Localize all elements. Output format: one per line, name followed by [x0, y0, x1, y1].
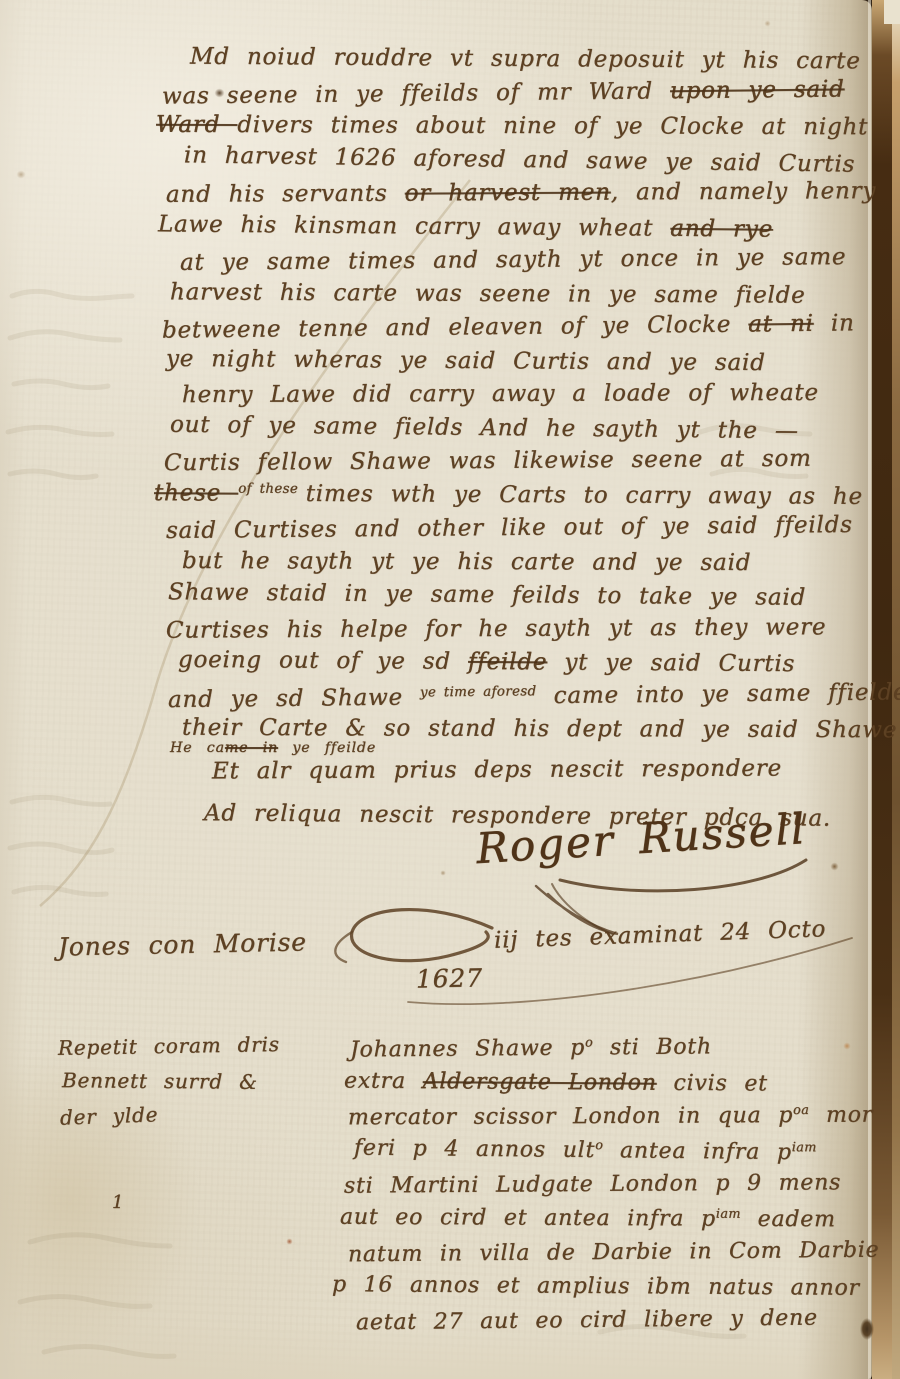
- manuscript-line: Shawe staid in ye same feilds to take ye…: [168, 579, 806, 611]
- struck-text: me in: [225, 740, 278, 756]
- text-segment: harvest his carte was seene in ye same f…: [170, 279, 806, 308]
- text-segment: Bennett surrd &: [62, 1068, 258, 1094]
- text-segment: yt ye said Curtis: [547, 649, 795, 677]
- text-segment: mercator scissor London in qua p: [348, 1103, 793, 1130]
- text-segment: ye ffeilde: [278, 740, 376, 756]
- text-segment: henry Lawe did carry away a loade of whe…: [182, 380, 819, 408]
- struck-text: Ward: [156, 112, 237, 138]
- text-segment: sti Both: [593, 1034, 712, 1060]
- text-segment: natum in villa de Darbie in Com Darbie: [348, 1238, 880, 1268]
- manuscript-line: goeing out of ye sd ffeilde yt ye said C…: [178, 647, 795, 677]
- text-segment: mor: [809, 1103, 873, 1128]
- case-title: Jones con Morise: [58, 927, 307, 961]
- manuscript-line: these of these times wth ye Carts to car…: [154, 480, 863, 510]
- corner-notch: [884, 0, 900, 24]
- manuscript-line: Et alr quam prius deps nescit respondere: [212, 756, 782, 785]
- year-label: 1627: [416, 963, 483, 993]
- text-segment: , and namely henry: [611, 178, 877, 205]
- struck-text: ffeilde: [468, 649, 547, 676]
- text-segment: Shawe staid in ye same feilds to take ye…: [168, 579, 806, 611]
- text-segment: and his servants: [166, 181, 405, 208]
- text-segment: sti Martini Ludgate London p 9 mens: [344, 1170, 841, 1198]
- manuscript-line: Johannes Shawe po sti Both: [350, 1034, 712, 1062]
- text-segment: antea infra p: [603, 1138, 792, 1165]
- interlinear-insertion: oa: [793, 1103, 809, 1118]
- text-segment: Curtis fellow Shawe was likewise seene a…: [164, 446, 812, 477]
- manuscript-line: Repetit coram dris: [58, 1032, 280, 1060]
- manuscript-line: Ward divers times about nine of ye Clock…: [156, 112, 868, 140]
- manuscript-line: He came in ye ffeilde: [170, 740, 376, 756]
- manuscript-line: Lawe his kinsman carry away wheat and ry…: [158, 211, 773, 242]
- manuscript-line: Curtis fellow Shawe was likewise seene a…: [164, 446, 812, 477]
- text-segment: was seene in ye ffeilds of mr Ward: [162, 78, 670, 109]
- text-segment: Et alr quam prius deps nescit respondere: [212, 756, 782, 785]
- text-segment: divers times about nine of ye Clocke at …: [237, 112, 868, 140]
- manuscript-line: extra Aldersgate London civis et: [344, 1069, 768, 1097]
- manuscript-line: aetat 27 aut eo cird libere y dene: [356, 1306, 818, 1336]
- manuscript-line: der ylde: [60, 1102, 159, 1129]
- interlinear-insertion: o: [595, 1138, 603, 1153]
- struck-text: and rye: [670, 215, 773, 242]
- text-segment: came into ye same ffielde in: [536, 678, 900, 708]
- manuscript-line: mercator scissor London in qua poa mor: [348, 1103, 873, 1131]
- text-segment: der ylde: [60, 1102, 159, 1129]
- text-segment: feri p 4 annos ult: [354, 1136, 595, 1164]
- manuscript-line: aut eo cird et antea infra piam eadem: [340, 1205, 836, 1233]
- manuscript-line: henry Lawe did carry away a loade of whe…: [182, 380, 819, 408]
- text-segment: aut eo cird et antea infra p: [340, 1205, 716, 1232]
- text-segment: eadem: [741, 1207, 836, 1232]
- text-segment: extra: [344, 1069, 423, 1095]
- text-segment: Johannes Shawe p: [350, 1036, 585, 1063]
- manuscript-line: Curtises his helpe for he sayth yt as th…: [166, 614, 827, 643]
- text-segment: in: [814, 310, 855, 336]
- manuscript-line: feri p 4 annos ulto antea infra piam: [354, 1136, 817, 1166]
- text-segment: He ca: [170, 740, 225, 756]
- interlinear-insertion: o: [585, 1036, 593, 1051]
- manuscript-line: but he sayth yt ye his carte and ye said: [182, 548, 751, 576]
- text-segment: but he sayth yt ye his carte and ye said: [182, 548, 751, 576]
- struck-text: at ni: [748, 311, 814, 338]
- text-segment: times wth ye Carts to carry away as he: [306, 480, 863, 509]
- manuscript-line: harvest his carte was seene in ye same f…: [170, 279, 806, 308]
- manuscript-line: natum in villa de Darbie in Com Darbie: [348, 1238, 880, 1268]
- interlinear-insertion: ye time aforesd: [420, 683, 537, 699]
- manuscript-line: ye night wheras ye said Curtis and ye sa…: [166, 345, 766, 375]
- struck-text: or harvest men: [405, 180, 611, 207]
- text-segment: Repetit coram dris: [58, 1032, 280, 1060]
- interlinear-insertion: iam: [716, 1207, 741, 1222]
- text-segment: goeing out of ye sd: [178, 647, 468, 675]
- manuscript-line: Bennett surrd &: [62, 1068, 258, 1094]
- manuscript-line: and his servants or harvest men, and nam…: [166, 178, 876, 208]
- struck-text: upon ye said: [670, 76, 845, 104]
- text-segment: ye night wheras ye said Curtis and ye sa…: [166, 345, 766, 375]
- text-segment: and ye sd Shawe: [168, 684, 420, 713]
- struck-text: these: [154, 480, 238, 506]
- text-segment: civis et: [657, 1071, 768, 1097]
- interlinear-insertion: of these: [238, 481, 306, 496]
- manuscript-page: Md noiud rouddre vt supra deposuit yt hi…: [0, 0, 900, 1379]
- text-segment: p 16 annos et amplius ibm natus annor: [332, 1272, 860, 1301]
- manuscript-line: sti Martini Ludgate London p 9 mens: [344, 1170, 841, 1198]
- manuscript-line: p 16 annos et amplius ibm natus annor: [332, 1272, 860, 1301]
- text-segment: Curtises his helpe for he sayth yt as th…: [166, 614, 827, 643]
- struck-text: Aldersgate London: [423, 1069, 657, 1096]
- manuscript-line: Md noiud rouddre vt supra deposuit yt hi…: [190, 44, 861, 75]
- text-segment: aetat 27 aut eo cird libere y dene: [356, 1306, 818, 1336]
- interlinear-insertion: iam: [792, 1140, 817, 1155]
- stray-mark: 1: [112, 1192, 124, 1213]
- text-segment: Lawe his kinsman carry away wheat: [158, 211, 671, 241]
- text-segment: Md noiud rouddre vt supra deposuit yt hi…: [190, 44, 861, 75]
